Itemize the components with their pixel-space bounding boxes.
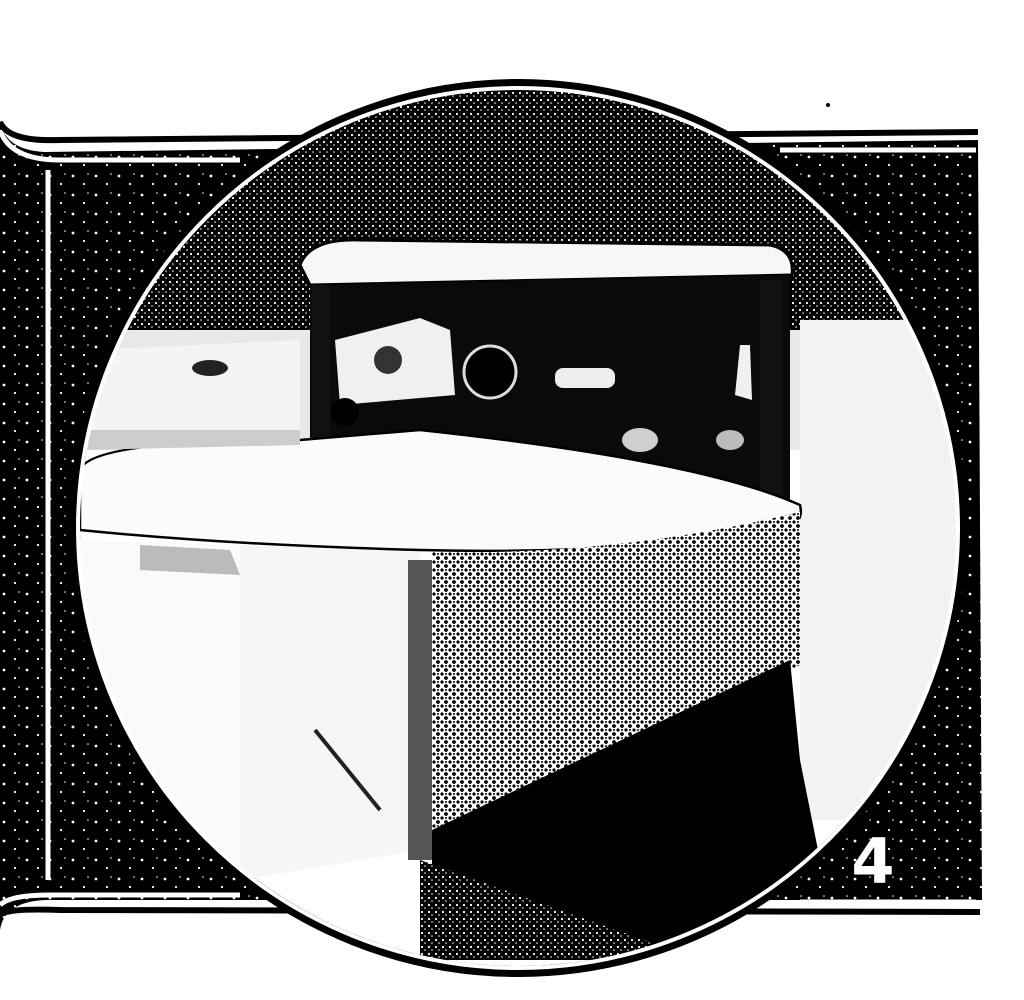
- halftone-boat-figure: 4: [0, 0, 1024, 1000]
- ink-speck: [826, 103, 830, 107]
- plate-number-label: 4: [838, 822, 908, 902]
